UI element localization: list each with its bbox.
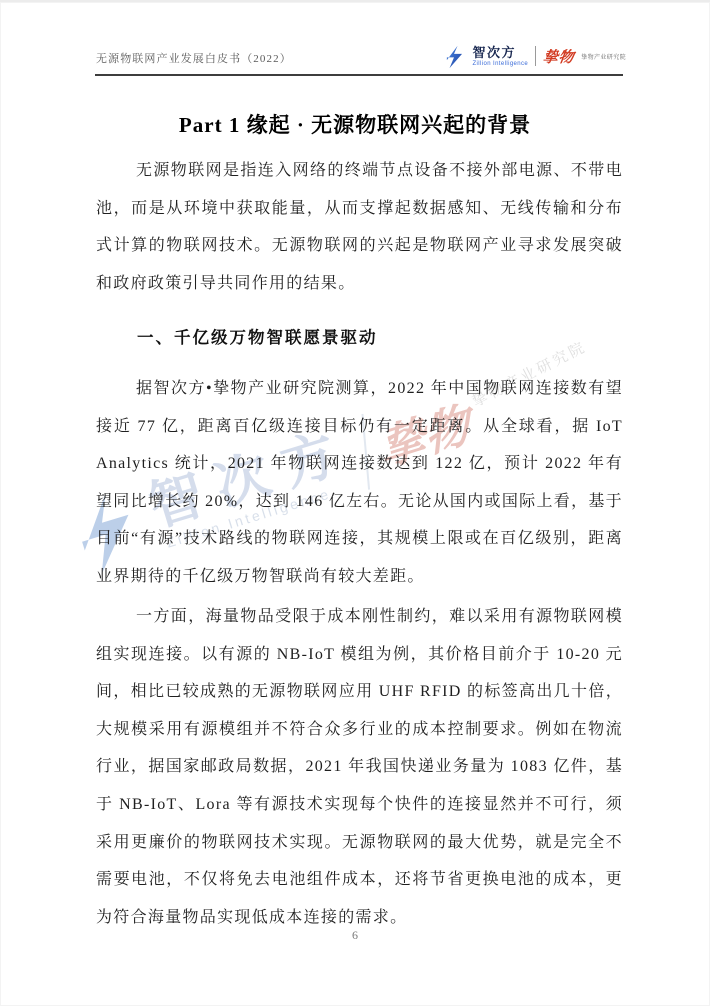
zillion-logo-name: 智次方 xyxy=(472,46,528,59)
zhiwu-logo-name: 挚物 xyxy=(542,46,576,67)
zillion-lightning-icon xyxy=(443,44,465,69)
header-logo-group: 智次方 Zillion Intelligence 挚物 挚物产业研究院 xyxy=(443,42,626,70)
header-doc-title: 无源物联网产业发展白皮书（2022） xyxy=(96,50,292,66)
intro-paragraph: 无源物联网是指连入网络的终端节点设备不接外部电源、不带电池，而是从环境中获取能量… xyxy=(96,152,623,302)
logo-divider xyxy=(535,46,536,66)
page-number: 6 xyxy=(0,928,710,943)
header-rule xyxy=(95,74,623,76)
zillion-logo-tagline: Zillion Intelligence xyxy=(472,61,528,67)
part-title: Part 1 缘起 · 无源物联网兴起的背景 xyxy=(0,109,710,139)
section-1-paragraph-1: 据智次方•挚物产业研究院测算，2022 年中国物联网连接数有望接近 77 亿，距… xyxy=(96,370,623,596)
document-page: 智次方 Zillion Intelligence 挚物 挚物产业研究院 无源物联… xyxy=(0,0,710,1006)
section-1-paragraph-2: 一方面，海量物品受限于成本刚性制约，难以采用有源物联网模组实现连接。以有源的 N… xyxy=(96,598,623,936)
zhiwu-logo-tagline: 挚物产业研究院 xyxy=(581,52,626,61)
zillion-logo-text: 智次方 Zillion Intelligence xyxy=(472,46,528,67)
section-1-heading: 一、千亿级万物智联愿景驱动 xyxy=(137,324,378,348)
